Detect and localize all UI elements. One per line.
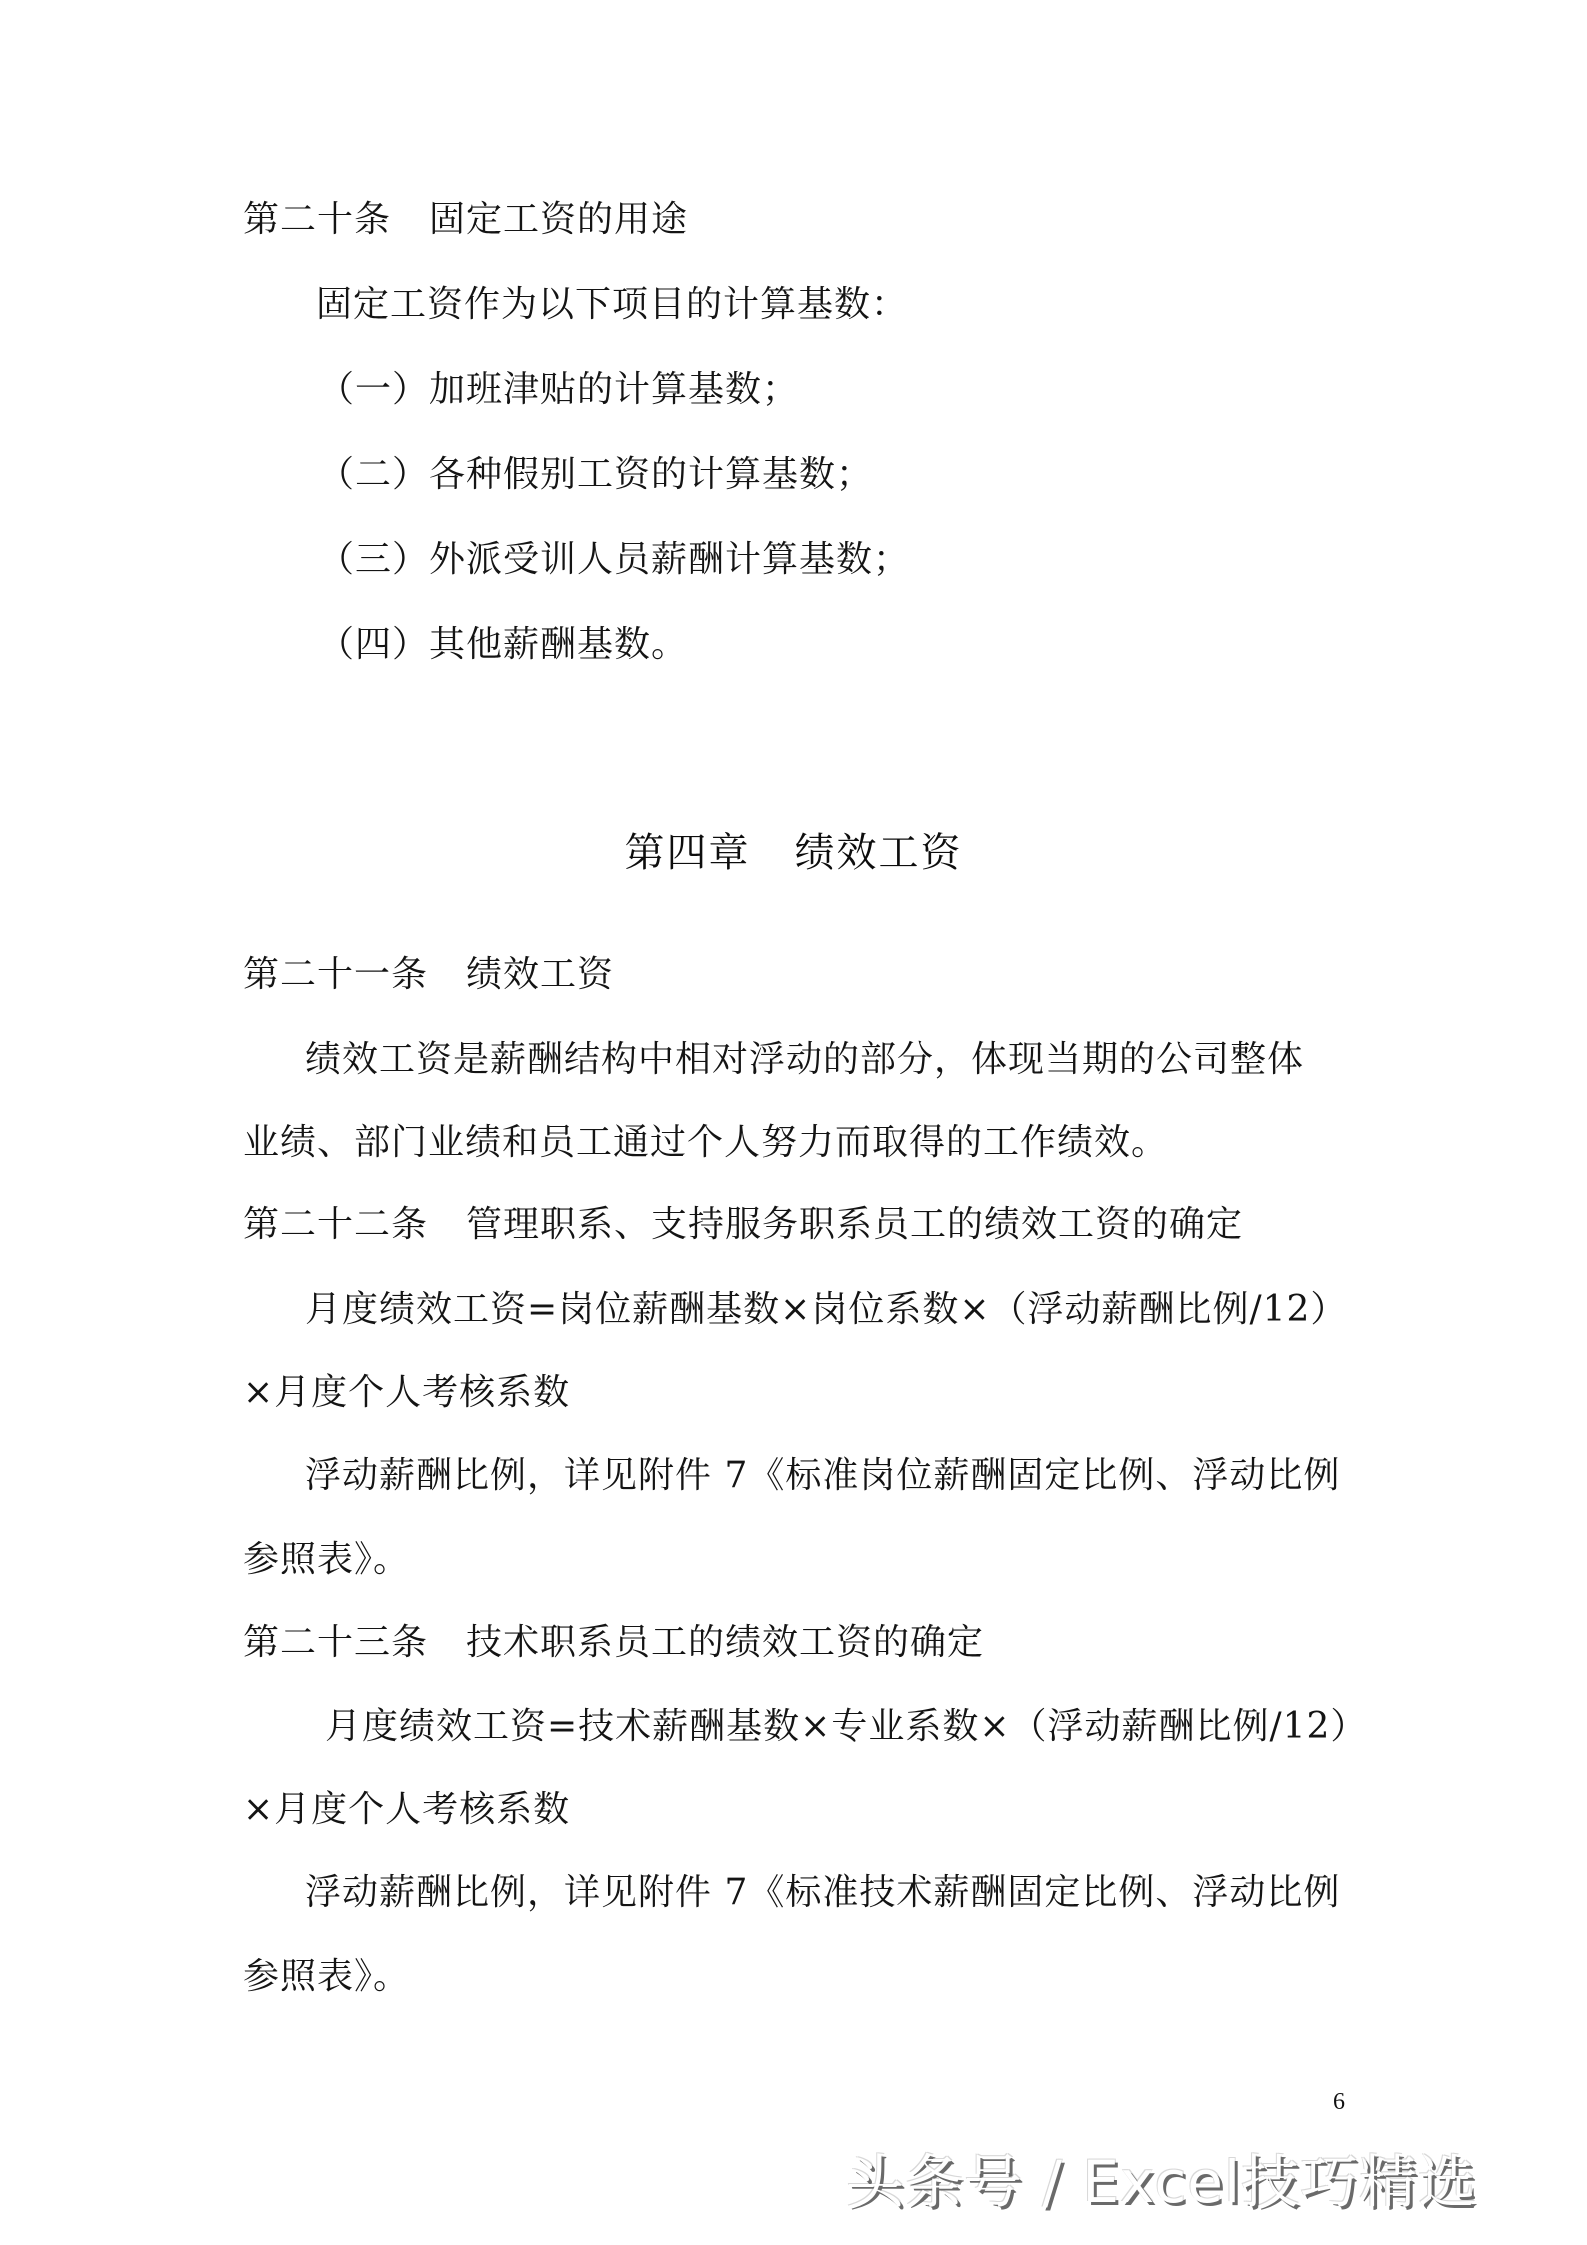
chapter-name: 绩效工资 [795,830,963,876]
document-page: 第二十条固定工资的用途 固定工资作为以下项目的计算基数： （一）加班津贴的计算基… [0,0,1587,2245]
watermark: 头条号 / Excel技巧精选 [846,2146,1477,2218]
article-20-heading: 第二十条固定工资的用途 [243,198,688,242]
article-number: 第二十二条 [243,1203,428,1247]
formula-line: ×月度个人考核系数 [243,1788,570,1832]
note-line: 浮动薪酬比例，详见附件 7《标准技术薪酬固定比例、浮动比例 [305,1871,1340,1915]
article-title: 管理职系、支持服务职系员工的绩效工资的确定 [466,1204,1243,1245]
article-number: 第二十三条 [243,1621,428,1665]
paragraph-line: 绩效工资是薪酬结构中相对浮动的部分，体现当期的公司整体 [305,1038,1304,1082]
article-title: 绩效工资 [466,954,614,995]
article-number: 第二十一条 [243,953,428,997]
chapter-number: 第四章 [625,830,751,876]
article-22-heading: 第二十二条管理职系、支持服务职系员工的绩效工资的确定 [243,1203,1243,1247]
formula-line: 月度绩效工资=岗位薪酬基数×岗位系数×（浮动薪酬比例/12） [305,1288,1347,1332]
note-line: 参照表》。 [243,1538,410,1582]
article-20-intro: 固定工资作为以下项目的计算基数： [316,283,908,327]
article-21-heading: 第二十一条绩效工资 [243,953,614,997]
list-item: （一）加班津贴的计算基数； [318,368,799,412]
article-title: 技术职系员工的绩效工资的确定 [466,1622,984,1663]
formula-line: ×月度个人考核系数 [243,1371,570,1415]
note-line: 参照表》。 [243,1955,410,1999]
list-item: （四）其他薪酬基数。 [318,623,688,667]
page-number: 6 [1333,2088,1345,2116]
list-item: （二）各种假别工资的计算基数； [318,453,873,497]
paragraph-line: 业绩、部门业绩和员工通过个人努力而取得的工作绩效。 [243,1121,1168,1165]
chapter-title: 第四章绩效工资 [0,828,1587,878]
note-line: 浮动薪酬比例，详见附件 7《标准岗位薪酬固定比例、浮动比例 [305,1454,1340,1498]
article-number: 第二十条 [243,198,391,242]
article-title: 固定工资的用途 [429,199,688,240]
article-23-heading: 第二十三条技术职系员工的绩效工资的确定 [243,1621,984,1665]
formula-line: 月度绩效工资=技术薪酬基数×专业系数×（浮动薪酬比例/12） [325,1705,1367,1749]
list-item: （三）外派受训人员薪酬计算基数； [318,538,910,582]
